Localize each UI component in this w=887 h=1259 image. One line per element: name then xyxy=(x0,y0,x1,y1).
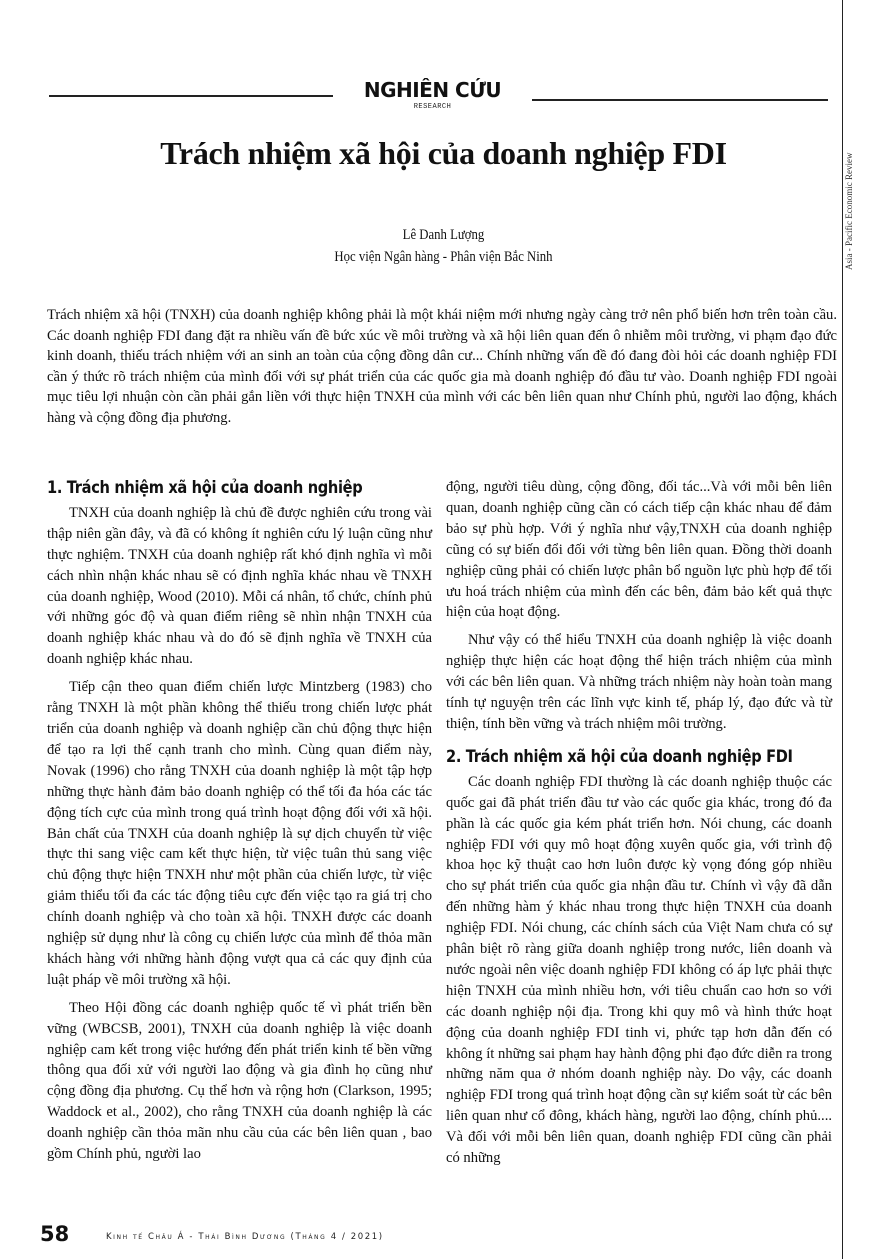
section-sublabel: RESEARCH xyxy=(340,103,525,111)
paragraph: Tiếp cận theo quan điểm chiến lược Mintz… xyxy=(47,677,432,991)
section-heading-1: 1. Trách nhiệm xã hội của doanh nghiệp xyxy=(47,478,378,499)
section-label: NGHIÊN CỨU xyxy=(340,78,525,102)
paragraph-continued: động, người tiêu dùng, cộng đồng, đối tá… xyxy=(446,477,832,623)
journal-footer: Kinh tế Châu Á - Thái Bình Dương (Tháng … xyxy=(106,1232,384,1242)
paragraph: TNXH của doanh nghiệp là chủ đề được ngh… xyxy=(47,503,432,670)
header-rule-right xyxy=(532,99,828,101)
article-author: Lê Danh Lượng xyxy=(67,227,821,244)
section-heading-2: 2. Trách nhiệm xã hội của doanh nghiệp F… xyxy=(446,747,778,768)
article-abstract: Trách nhiệm xã hội (TNXH) của doanh nghi… xyxy=(47,305,837,429)
header-rule-left xyxy=(49,95,333,97)
author-affiliation: Học viện Ngân hàng - Phân viện Bắc Ninh xyxy=(67,249,821,266)
column-right: động, người tiêu dùng, cộng đồng, đối tá… xyxy=(446,477,832,1169)
journal-page: NGHIÊN CỨU RESEARCH Asia - Pacific Econo… xyxy=(0,0,887,1259)
article-title: Trách nhiệm xã hội của doanh nghiệp FDI xyxy=(0,135,887,172)
page-number: 58 xyxy=(40,1222,69,1246)
column-left: 1. Trách nhiệm xã hội của doanh nghiệp T… xyxy=(47,478,432,1165)
paragraph: Theo Hội đồng các doanh nghiệp quốc tế v… xyxy=(47,998,432,1165)
paragraph: Như vậy có thể hiểu TNXH của doanh nghiệ… xyxy=(446,630,832,735)
paragraph: Các doanh nghiệp FDI thường là các doanh… xyxy=(446,772,832,1169)
